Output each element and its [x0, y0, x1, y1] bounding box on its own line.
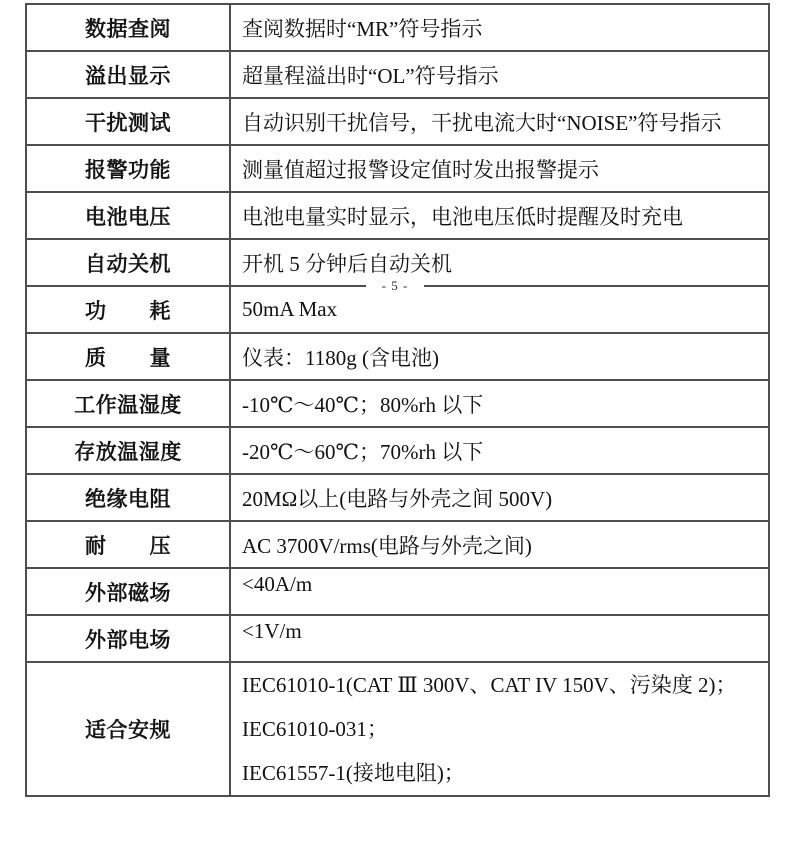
- spec-label: 耐 压: [26, 521, 230, 568]
- spec-value: 20MΩ以上(电路与外壳之间 500V): [230, 474, 769, 521]
- spec-label: 存放温湿度: [26, 427, 230, 474]
- spec-value: -10℃～40℃；80%rh 以下: [230, 380, 769, 427]
- manual-page: 数据查阅 查阅数据时“MR”符号指示 溢出显示 超量程溢出时“OL”符号指示 干…: [0, 0, 790, 846]
- table-row: 质 量 仪表：1180g (含电池): [26, 333, 769, 380]
- spec-label: 溢出显示: [26, 51, 230, 98]
- table-row: 绝缘电阻 20MΩ以上(电路与外壳之间 500V): [26, 474, 769, 521]
- table-row: 数据查阅 查阅数据时“MR”符号指示: [26, 4, 769, 51]
- spec-value: 开机 5 分钟后自动关机: [230, 239, 769, 286]
- table-row: 干扰测试 自动识别干扰信号，干扰电流大时“NOISE”符号指示: [26, 98, 769, 145]
- spec-label: 外部电场: [26, 615, 230, 662]
- spec-label: 适合安规: [26, 662, 230, 796]
- table-row: 溢出显示 超量程溢出时“OL”符号指示: [26, 51, 769, 98]
- spec-value: 仪表：1180g (含电池): [230, 333, 769, 380]
- table-row: 耐 压 AC 3700V/rms(电路与外壳之间): [26, 521, 769, 568]
- spec-label: 工作温湿度: [26, 380, 230, 427]
- table-row: 存放温湿度 -20℃～60℃；70%rh 以下: [26, 427, 769, 474]
- spec-label: 功 耗: [26, 286, 230, 333]
- table-row: 工作温湿度 -10℃～40℃；80%rh 以下: [26, 380, 769, 427]
- spec-value: 查阅数据时“MR”符号指示: [230, 4, 769, 51]
- spec-value: AC 3700V/rms(电路与外壳之间): [230, 521, 769, 568]
- spec-label: 自动关机: [26, 239, 230, 286]
- safety-standard-line: IEC61557-1(接地电阻)；: [242, 751, 760, 795]
- spec-value: 超量程溢出时“OL”符号指示: [230, 51, 769, 98]
- table-row: 适合安规 IEC61010-1(CAT Ⅲ 300V、CAT IV 150V、污…: [26, 662, 769, 796]
- safety-standard-line: IEC61010-031；: [242, 707, 760, 751]
- spec-label: 外部磁场: [26, 568, 230, 615]
- table-row: 外部电场 <1V/m: [26, 615, 769, 662]
- spec-value: -20℃～60℃；70%rh 以下: [230, 427, 769, 474]
- spec-value: IEC61010-1(CAT Ⅲ 300V、CAT IV 150V、污染度 2)…: [230, 662, 769, 796]
- spec-label: 电池电压: [26, 192, 230, 239]
- spec-value: 自动识别干扰信号，干扰电流大时“NOISE”符号指示: [230, 98, 769, 145]
- spec-table: 数据查阅 查阅数据时“MR”符号指示 溢出显示 超量程溢出时“OL”符号指示 干…: [25, 3, 770, 797]
- page-number: - 5 -: [366, 278, 424, 294]
- safety-standard-line: IEC61010-1(CAT Ⅲ 300V、CAT IV 150V、污染度 2)…: [242, 663, 760, 707]
- table-row: 电池电压 电池电量实时显示，电池电压低时提醒及时充电: [26, 192, 769, 239]
- table-row: 报警功能 测量值超过报警设定值时发出报警提示: [26, 145, 769, 192]
- spec-value: 电池电量实时显示，电池电压低时提醒及时充电: [230, 192, 769, 239]
- spec-label: 质 量: [26, 333, 230, 380]
- spec-label: 数据查阅: [26, 4, 230, 51]
- spec-value: 50mA Max: [230, 286, 769, 333]
- spec-label: 干扰测试: [26, 98, 230, 145]
- spec-label: 绝缘电阻: [26, 474, 230, 521]
- spec-value: 测量值超过报警设定值时发出报警提示: [230, 145, 769, 192]
- spec-value: <1V/m: [230, 615, 769, 662]
- spec-value: <40A/m: [230, 568, 769, 615]
- table-row: 外部磁场 <40A/m: [26, 568, 769, 615]
- spec-label: 报警功能: [26, 145, 230, 192]
